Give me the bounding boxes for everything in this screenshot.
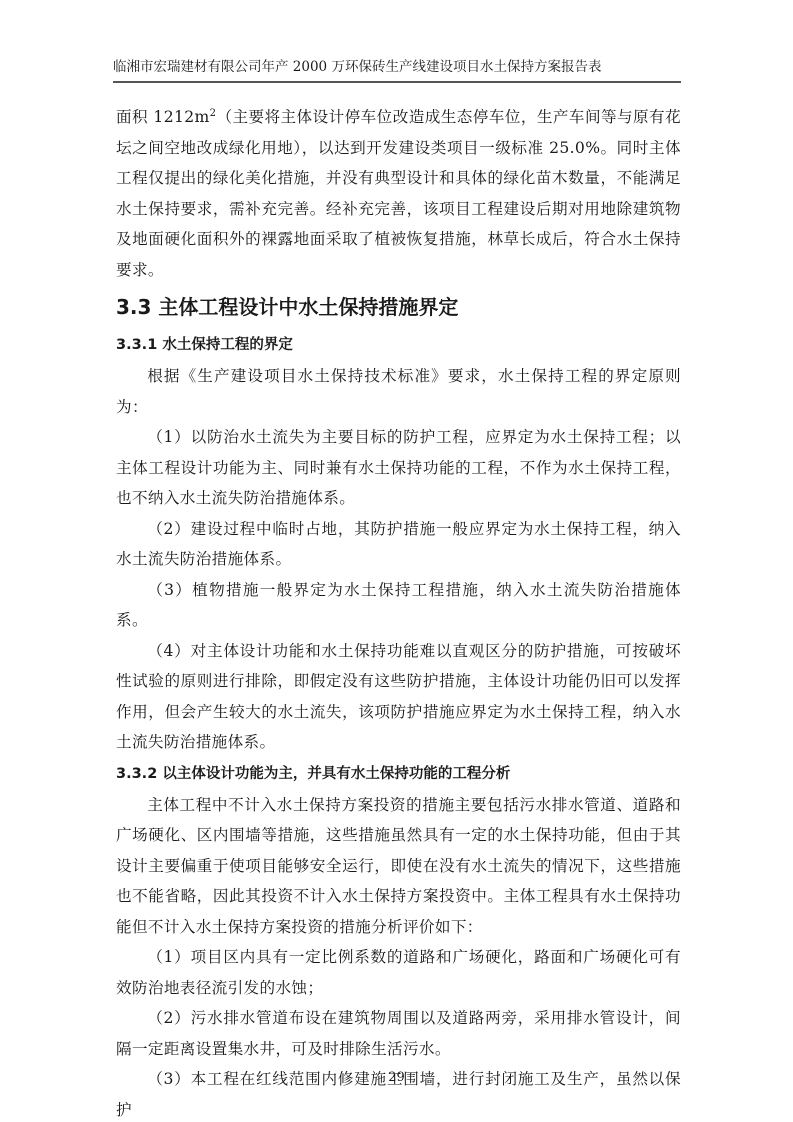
subsection-heading-3-3-2: 3.3.2 以主体设计功能为主，并具有水土保持功能的工程分析 <box>116 758 681 790</box>
paragraph: （1）项目区内具有一定比例系数的道路和广场硬化，路面和广场硬化可有效防治地表径流… <box>116 942 681 1003</box>
paragraph: （2）建设过程中临时占地，其防护措施一般应界定为水土保持工程，纳入水土流失防治措… <box>116 514 681 575</box>
paragraph: （4）对主体设计功能和水土保持功能难以直观区分的防护措施，可按破坏性试验的原则进… <box>116 636 681 758</box>
page-number: 29 <box>0 1070 793 1085</box>
subsection-heading-3-3-1: 3.3.1 水土保持工程的界定 <box>116 329 681 361</box>
paragraph: 根据《生产建设项目水土保持技术标准》要求，水土保持工程的界定原则为： <box>116 361 681 422</box>
intro-paragraph: 面积 1212m2（主要将主体设计停车位改造成生态停车位，生产车间等与原有花坛之… <box>116 102 681 285</box>
paragraph: 主体工程中不计入水土保持方案投资的措施主要包括污水排水管道、道路和广场硬化、区内… <box>116 790 681 943</box>
paragraph: （2）污水排水管道布设在建筑物周围以及道路两旁，采用排水管设计，间隔一定距离设置… <box>116 1003 681 1064</box>
paragraph: （1）以防治水土流失为主要目标的防护工程，应界定为水土保持工程；以主体工程设计功… <box>116 422 681 514</box>
page-body: 面积 1212m2（主要将主体设计停车位改造成生态停车位，生产车间等与原有花坛之… <box>116 102 681 1122</box>
header-divider <box>113 81 681 83</box>
paragraph: （3）植物措施一般界定为水土保持工程措施，纳入水土流失防治措施体系。 <box>116 575 681 636</box>
running-header: 临湘市宏瑞建材有限公司年产 2000 万环保砖生产线建设项目水土保持方案报告表 <box>113 57 681 77</box>
section-heading-3-3: 3.3 主体工程设计中水土保持措施界定 <box>116 285 681 329</box>
